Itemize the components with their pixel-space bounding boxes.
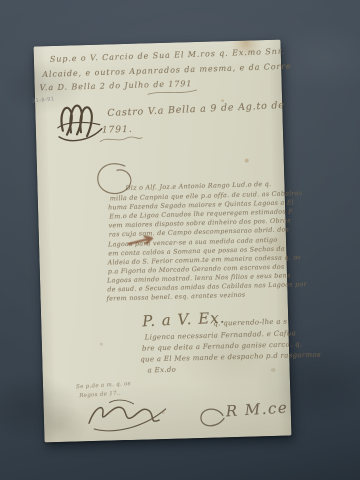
closing-mark: R M.ce <box>225 398 288 420</box>
paraph-monogram-icon <box>154 132 193 159</box>
place-date-line: Castro V.a Bella a 9 de Ag.to de <box>107 100 285 119</box>
ink-underline-flourish <box>147 88 199 97</box>
closing-swash-icon <box>196 403 227 432</box>
signature-flourish-icon <box>83 395 170 435</box>
manuscript-page: Sup.e o V. Carcio de Sua El M.ros q. Ex.… <box>34 40 292 443</box>
footer-note-line: Se p.de a m. q. os <box>76 381 131 390</box>
pencil-archive-note: 31-8-91 <box>32 96 55 104</box>
petition-line: bre que deita a Fernando ganise carca. q… <box>142 340 303 352</box>
date-year: 1791. <box>102 125 133 136</box>
header-line: Sup.e o V. Carcio de Sua El M.ros q. Ex.… <box>50 47 285 64</box>
ink-underline-flourish <box>99 136 143 145</box>
header-line: Alcaide, e outros Apanrados da mesma, e … <box>42 62 292 79</box>
photo-backdrop: Sup.e o V. Carcio de Sua El M.ros q. Ex.… <box>0 0 360 480</box>
petition-line: Ligenca necessaria Fernandad. e Cafua <box>145 329 297 341</box>
foxing-spot <box>271 368 276 372</box>
ink-smudge-arrow-icon <box>127 235 159 248</box>
petition-line: que a El Mes mande e despacho p.d rasgar… <box>140 351 321 364</box>
petition-line: a Ex.do <box>147 366 176 375</box>
foxing-spot <box>245 159 249 163</box>
foxing-spot <box>100 343 103 346</box>
petition-line: q. querendo-lhe a s. <box>213 317 290 327</box>
